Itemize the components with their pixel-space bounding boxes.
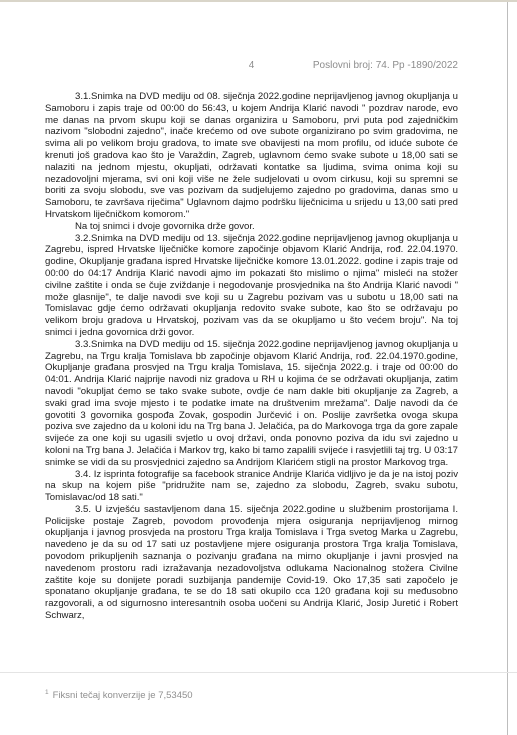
paragraph-note-speakers: Na toj snimci i dvoje govornika drže gov… <box>45 221 458 233</box>
page-top-edge <box>0 0 517 2</box>
page-right-edge <box>507 2 508 735</box>
page-header: 4 Poslovni broj: 74. Pp -1890/2022 <box>45 60 458 71</box>
paragraph-3-3: 3.3.Snimka na DVD mediju od 15. siječnja… <box>45 339 458 469</box>
paragraph-3-2: 3.2.Snimka na DVD mediju od 13. siječnja… <box>45 233 458 339</box>
footnote: 1Fiksni tečaj konverzije je 7,53450 <box>45 687 458 702</box>
paragraph-3-1: 3.1.Snimka na DVD mediju od 08. siječnja… <box>45 91 458 221</box>
footnote-separator <box>0 672 517 673</box>
document-body: 3.1.Snimka na DVD mediju od 08. siječnja… <box>45 91 458 622</box>
case-number: Poslovni broj: 74. Pp -1890/2022 <box>254 60 458 71</box>
footnote-text: Fiksni tečaj konverzije je 7,53450 <box>53 690 193 701</box>
footnote-marker: 1 <box>45 689 49 696</box>
paragraph-3-4: 3.4. Iz isprinta fotografije sa facebook… <box>45 469 458 504</box>
document-page: 4 Poslovni broj: 74. Pp -1890/2022 3.1.S… <box>0 0 517 735</box>
paragraph-3-5: 3.5. U izvješću sastavljenom dana 15. si… <box>45 504 458 622</box>
